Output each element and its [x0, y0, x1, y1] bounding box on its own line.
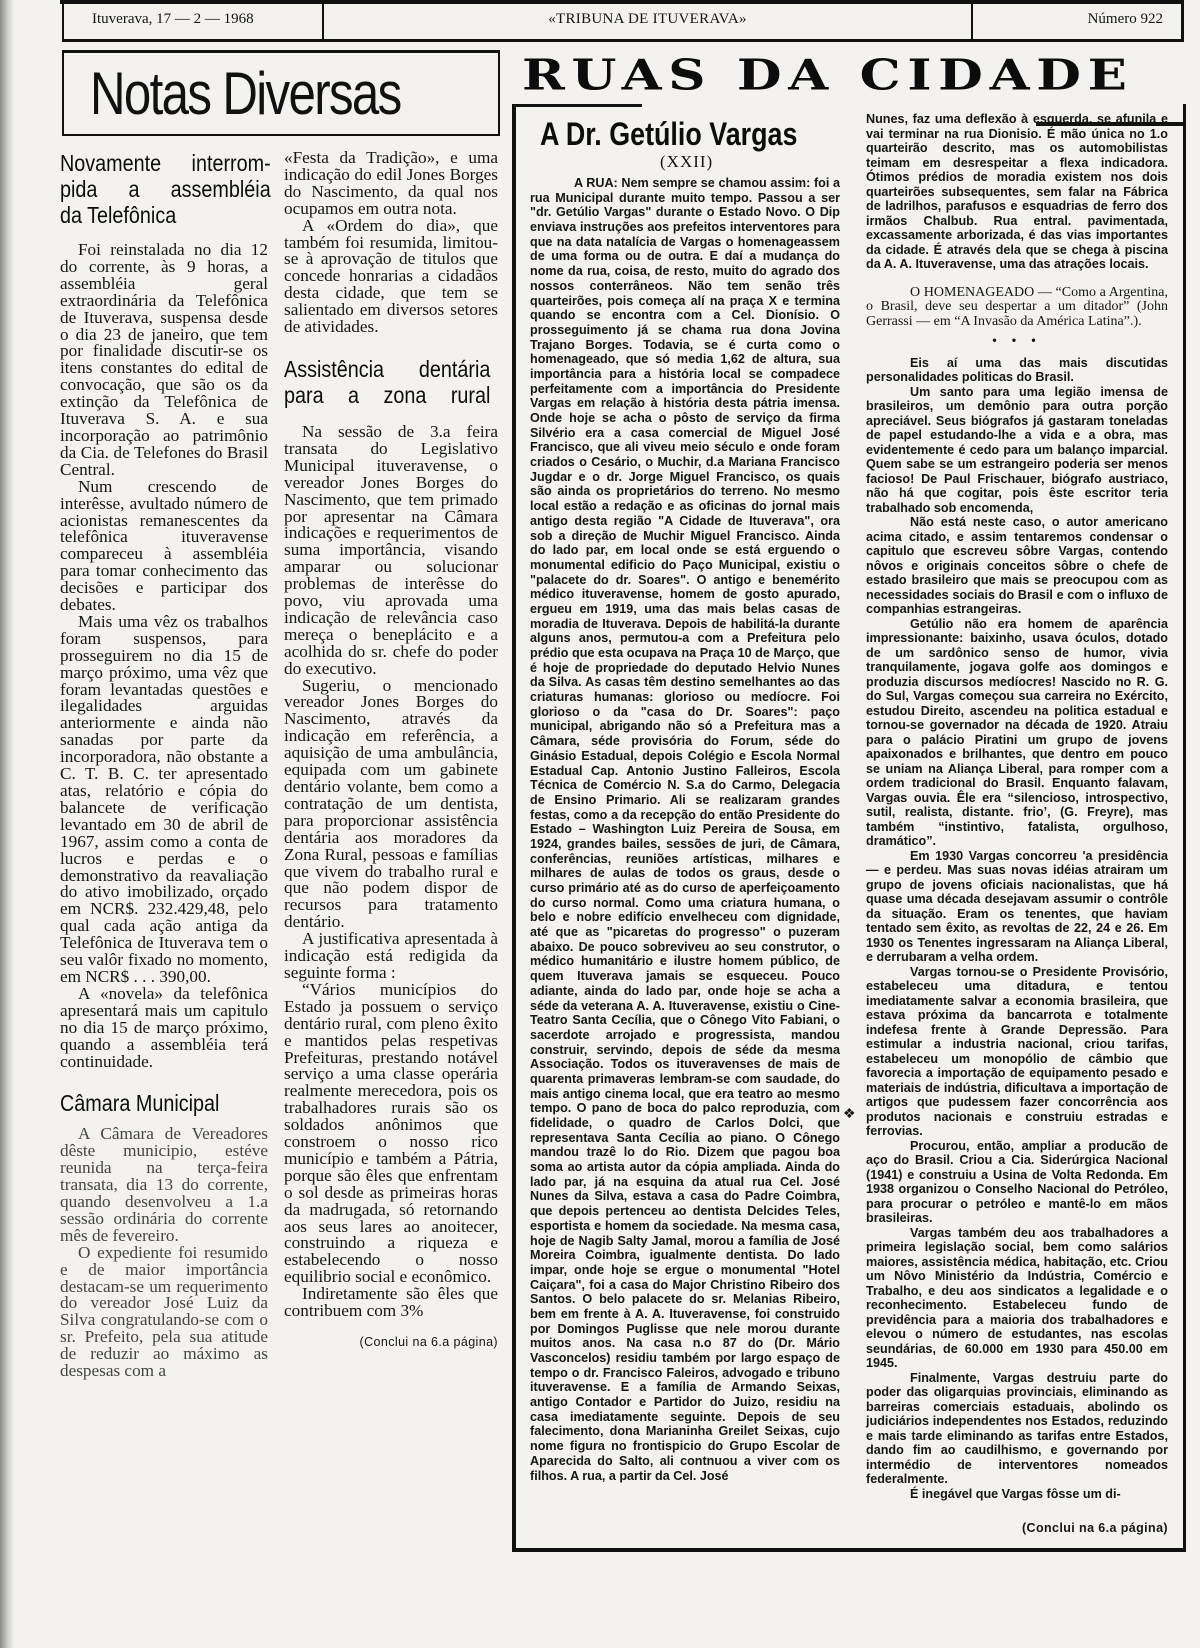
paragraph: Na sessão de 3.a feira transata do Legis…: [284, 424, 498, 678]
article-number: (XXII): [660, 152, 713, 172]
issue-number: Número 922: [971, 0, 1181, 39]
newspaper-name: «TRIBUNA DE ITUVERAVA»: [324, 0, 971, 39]
paragraph: Vargas também deu aos trabalhadores a pr…: [866, 1226, 1168, 1371]
paragraph: É inegável que Vargas fôsse um di-: [866, 1487, 1168, 1502]
paragraph: A justificativa apresentada à indicação …: [284, 931, 498, 982]
paragraph: Finalmente, Vargas destruiu parte do pod…: [866, 1371, 1168, 1487]
ornament-mark: ❖: [843, 1106, 856, 1123]
paragraph: «Festa da Tradição», e uma indicação do …: [284, 150, 498, 218]
column-4: Nunes, faz uma deflexão à esquerda, se a…: [866, 112, 1168, 1536]
paragraph: Um santo para uma legião imensa de brasi…: [866, 385, 1168, 516]
paragraph: A RUA: Nem sempre se chamou assim: foi a…: [530, 176, 840, 1483]
masthead: Ituverava, 17 — 2 — 1968 «TRIBUNA DE ITU…: [62, 0, 1184, 42]
paragraph: A «Ordem do dia», que também foi resumid…: [284, 218, 498, 336]
paragraph: Indiretamente são êles que contribuem co…: [284, 1286, 498, 1320]
section-title-ruas: RUAS DA CIDADE: [522, 50, 1200, 105]
article-title: A Dr. Getúlio Vargas: [540, 116, 797, 153]
paragraph: Foi reinstalada no dia 12 do corrente, à…: [60, 242, 268, 479]
paragraph: Getúlio não era homem de aparência impre…: [866, 617, 1168, 849]
notas-diversas-header: Notas Diversas: [62, 50, 500, 136]
column-2: «Festa da Tradição», e uma indicação do …: [284, 150, 498, 1351]
paragraph: “Vários municípios do Estado ja possuem …: [284, 982, 498, 1286]
headline-telefonica-3: da Telefônica: [60, 202, 271, 228]
paragraph: Mais uma vêz os trabalhos foram suspenso…: [60, 614, 268, 986]
column-1: Novamente interrom- pida a assembléia da…: [60, 150, 268, 1380]
continuation-note: (Conclui na 6.a página): [866, 1521, 1168, 1536]
paragraph: A Câmara de Vereadores dêste municipio, …: [60, 1126, 268, 1244]
headline-camara: Câmara Municipal: [60, 1090, 271, 1116]
homenageado-paragraph: O HOMENAGEADO — “Como a Argentina, o Bra…: [866, 286, 1168, 330]
paragraph: Num crescendo de interêsse, avultado núm…: [60, 479, 268, 614]
paragraph: Não está neste caso, o autor americano a…: [866, 515, 1168, 617]
paragraph: Em 1930 Vargas concorreu 'a presidência …: [866, 849, 1168, 965]
paragraph: Procurou, então, ampliar a producão de a…: [866, 1139, 1168, 1226]
paragraph: Vargas tornou-se o Presidente Provisório…: [866, 965, 1168, 1139]
section-title-notas: Notas Diversas: [90, 59, 401, 128]
paragraph: O expediente foi resumido e de maior imp…: [60, 1245, 268, 1380]
edition-date: Ituverava, 17 — 2 — 1968: [64, 0, 324, 39]
headline-dentaria-1: Assistência dentária: [284, 356, 490, 382]
page-edge-shadow: [0, 0, 14, 1648]
paragraph: Nunes, faz uma deflexão à esquerda, se a…: [866, 112, 1168, 272]
paragraph: A «novela» da telefônica apresentará mai…: [60, 986, 268, 1071]
separator: • • •: [866, 333, 1168, 348]
paragraph: Sugeriu, o mencionado vereador Jones Bor…: [284, 678, 498, 932]
column-3: A RUA: Nem sempre se chamou assim: foi a…: [530, 176, 840, 1483]
continuation-note: (Conclui na 6.a página): [284, 1334, 498, 1351]
paragraph: Eis aí uma das mais discutidas personali…: [866, 356, 1168, 385]
headline-telefonica-2: pida a assembléia: [60, 176, 271, 202]
headline-telefonica-1: Novamente interrom-: [60, 150, 271, 176]
headline-dentaria-2: para a zona rural: [284, 382, 490, 408]
